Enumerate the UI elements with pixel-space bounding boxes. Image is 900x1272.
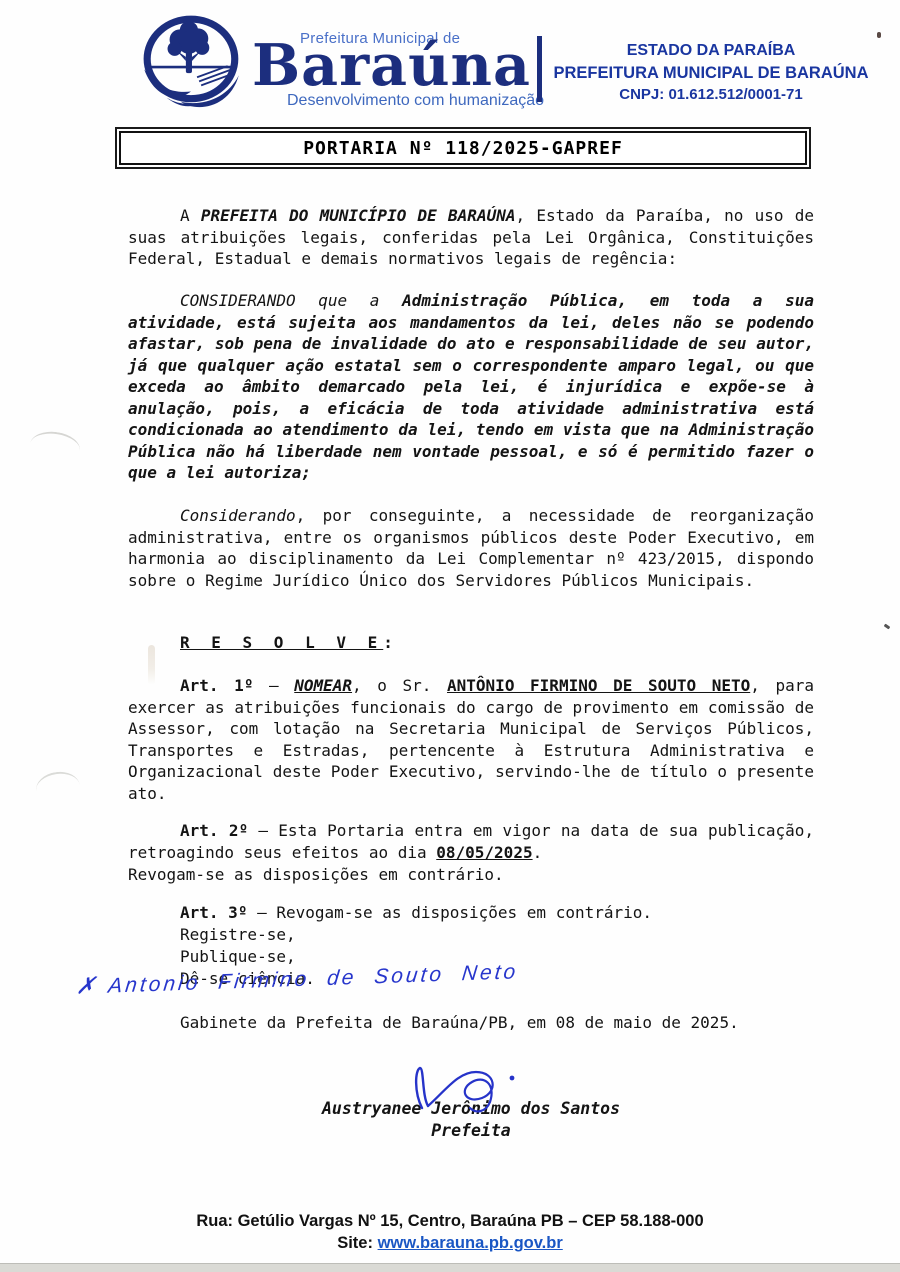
paragraph-art1: Art. 1º – NOMEAR, o Sr. ANTÔNIO FIRMINO … [128, 675, 814, 804]
scan-artifact-arc [28, 429, 82, 466]
org-identification: ESTADO DA PARAÍBA PREFEITURA MUNICIPAL D… [552, 40, 870, 106]
resolve-word: R E S O L V E [180, 633, 383, 652]
site-url-link[interactable]: www.barauna.pb.gov.br [378, 1234, 563, 1252]
paragraph-considerando-1: CONSIDERANDO que a Administração Pública… [128, 290, 814, 484]
closing-line-registre: Registre-se, [128, 924, 866, 946]
gabinete-line: Gabinete da Prefeita de Baraúna/PB, em 0… [128, 1012, 866, 1034]
scan-artifact-smudge [148, 645, 155, 685]
document-title: PORTARIA Nº 118/2025-GAPREF [303, 138, 623, 159]
site-label: Site: [337, 1234, 373, 1252]
scan-artifact-arc [34, 769, 82, 807]
scan-artifact-speck [877, 32, 881, 38]
resolve-heading: R E S O L V E: [128, 632, 866, 654]
art1-dash: – [253, 676, 294, 695]
preamble-authority: PREFEITA DO MUNICÍPIO DE BARAÚNA [201, 206, 516, 225]
signature-block: Austryanee Jerônimo dos Santos Prefeita [128, 1098, 814, 1142]
considerando-word: CONSIDERANDO [180, 291, 296, 310]
footer-address: Rua: Getúlio Vargas Nº 15, Centro, Baraú… [0, 1210, 900, 1232]
art3-label: Art. 3º [180, 903, 247, 922]
paragraph-art3: Art. 3º – Revogam-se as disposições em c… [128, 902, 814, 924]
art2-date: 08/05/2025 [436, 843, 532, 862]
scanner-edge-strip [0, 1263, 900, 1272]
scan-artifact-speck [884, 624, 891, 630]
pen-signature-icon [400, 1062, 540, 1114]
paragraph-considerando-2: Considerando, por conseguinte, a necessi… [128, 505, 814, 591]
x-mark-icon: ✗ [75, 972, 100, 999]
logo-wordmark: Baraúna [252, 32, 531, 99]
art2-label: Art. 2º [180, 821, 248, 840]
org-cnpj: CNPJ: 01.612.512/0001-71 [552, 84, 870, 106]
considerando-body: Administração Pública, em toda a sua ati… [128, 291, 814, 482]
header-divider [537, 36, 542, 102]
org-name: PREFEITURA MUNICIPAL DE BARAÚNA [552, 62, 870, 84]
org-state: ESTADO DA PARAÍBA [552, 40, 870, 62]
art2-period: . [533, 843, 543, 862]
resolve-colon: : [383, 633, 393, 652]
art1-nomear: NOMEAR [294, 676, 352, 695]
art1-label: Art. 1º [180, 676, 253, 695]
preamble-lead: A [180, 206, 201, 225]
considerando-mid: que a [296, 291, 403, 310]
document-page: Prefeitura Municipal de Baraúna Desenvol… [0, 0, 900, 1272]
title-box: PORTARIA Nº 118/2025-GAPREF [115, 127, 811, 169]
considerando2-word: Considerando [180, 506, 296, 525]
art1-mid: , o Sr. [352, 676, 447, 695]
art2-revogam-line: Revogam-se as disposições em contrário. [128, 864, 814, 886]
footer-site-line: Site: www.barauna.pb.gov.br [0, 1232, 900, 1254]
paragraph-preamble: A PREFEITA DO MUNICÍPIO DE BARAÚNA, Esta… [128, 205, 814, 270]
signatory-role: Prefeita [128, 1120, 814, 1142]
logo-tagline: Desenvolvimento com humanização [287, 92, 544, 110]
art1-appointee-name: ANTÔNIO FIRMINO DE SOUTO NETO [447, 676, 750, 695]
paragraph-art2: Art. 2º – Esta Portaria entra em vigor n… [128, 820, 814, 863]
footer: Rua: Getúlio Vargas Nº 15, Centro, Baraú… [0, 1210, 900, 1254]
municipality-emblem-icon [138, 12, 248, 114]
title-box-inner: PORTARIA Nº 118/2025-GAPREF [119, 131, 807, 165]
art3-rest: – Revogam-se as disposições em contrário… [247, 903, 652, 922]
